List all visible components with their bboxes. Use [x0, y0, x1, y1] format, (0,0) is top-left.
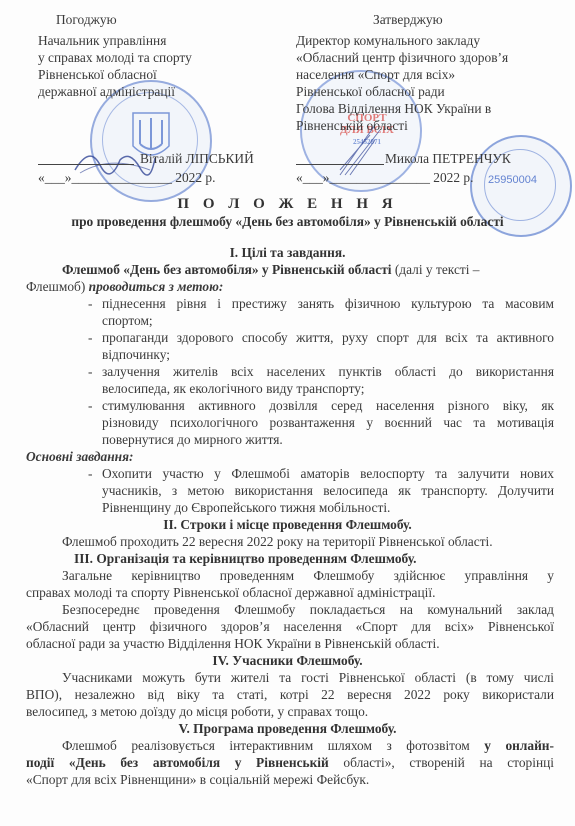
goal-item-cont: повернутися до мирного життя. [102, 432, 283, 448]
text: області», створеній на сторінці [329, 755, 554, 770]
approval-right-heading: Затверджую [373, 12, 443, 28]
intro-rest: (далі у тексті – [392, 262, 480, 277]
section-1-intro: Флешмоб «День без автомобіля» у Рівненсь… [62, 262, 559, 278]
section-5-line-1: Флешмоб реалізовується інтерактивним шля… [62, 738, 554, 754]
approval-left-line: Начальник управління [38, 33, 166, 49]
goal-item-cont: відпочинку; [102, 347, 170, 363]
goal-item-cont: спортом; [102, 313, 153, 329]
section-1-heading: І. Цілі та завдання. [0, 245, 575, 261]
goal-item-cont: різновиду психологічного розвантаження у… [102, 415, 554, 431]
document-subtitle: про проведення флешмобу «День без автомо… [0, 214, 575, 230]
section-3-p2: Безпосереднє проведення Флешмобу поклада… [62, 602, 554, 618]
bullet: - [88, 466, 92, 482]
signatory-left: Віталій ЛІПСЬКИЙ [140, 151, 254, 167]
signature-line [38, 164, 134, 165]
section-3-p2-cont: обласної ради за участю Відділення НОК У… [26, 636, 440, 652]
section-3-p1-cont: справах молоді та спорту Рівненської обл… [26, 585, 435, 601]
tasks-heading: Основні завдання: [26, 449, 133, 465]
section-3-heading: III. Організація та керівництво проведен… [74, 551, 416, 567]
signatory-right: Микола ПЕТРЕНЧУК [385, 151, 511, 167]
approval-left-line: Рівненської обласної [38, 67, 157, 83]
approval-left-line: державної адміністрації [38, 84, 175, 100]
bullet: - [88, 296, 92, 312]
goal-item: пропаганди здорового способу життя, руху… [102, 330, 554, 346]
section-5-line-3: «Спорт для всіх Рівненщини» в соціальній… [26, 772, 369, 788]
intro-goal-label: проводиться з метою: [89, 279, 224, 294]
date-line-right: «___»_______________ 2022 р. [296, 170, 473, 186]
intro-bold: Флешмоб «День без автомобіля» у Рівненсь… [62, 262, 392, 277]
stamp-code: 25950004 [488, 174, 537, 186]
bullet: - [88, 364, 92, 380]
section-5-line-2: події «День без автомобіля у Рівненській… [26, 755, 554, 771]
approval-left-line: у справах молоді та спорту [38, 50, 192, 66]
goal-item: залучення жителів всіх населених пунктів… [102, 364, 554, 380]
goal-item: стимулювання активного дозвілля серед на… [102, 398, 554, 414]
approval-right-line: Рівненській області [296, 118, 408, 134]
section-4-heading: IV. Учасники Флешмобу. [0, 653, 575, 669]
approval-right-line: «Обласний центр фізичного здоров’я [296, 50, 508, 66]
section-4-p: Учасниками можуть бути жителі та гості Р… [62, 670, 554, 686]
task-item-cont: Рівненщину до Європейського тижня мобіль… [102, 500, 390, 516]
task-item-cont: учасників, з метою використання велосипе… [102, 483, 554, 499]
section-4-p-cont: ВПО), незалежно від віку та статі, котрі… [26, 687, 554, 703]
document-title: П О Л О Ж Е Н Н Я [0, 196, 575, 212]
approval-right-line: Директор комунального закладу [296, 33, 480, 49]
section-2-heading: II. Строки і місце проведення Флешмобу. [0, 517, 575, 533]
intro-plain: Флешмоб) [26, 279, 89, 294]
section-3-p2-cont: «Обласний центр фізичного здоров’я насел… [26, 619, 554, 635]
section-3-p1: Загальне керівництво проведенням Флешмоб… [62, 568, 554, 584]
goal-item: піднесення рівня і престижу занять фізич… [102, 296, 554, 312]
approval-left-heading: Погоджую [56, 12, 117, 28]
text-bold: у онлайн- [484, 738, 554, 753]
bullet: - [88, 330, 92, 346]
approval-right-line: Рівненської обласної ради [296, 84, 445, 100]
date-line-left: «___»_______________ 2022 р. [38, 170, 215, 186]
text: Флешмоб реалізовується інтерактивним шля… [62, 738, 484, 753]
goal-item-cont: велосипеда, як екологічного виду транспо… [102, 381, 364, 397]
section-1-intro-2: Флешмоб) проводиться з метою: [26, 279, 223, 295]
approval-right-line: Голова Відділення НОК України в [296, 101, 491, 117]
task-item: Охопити участю у Флешмобі аматорів велос… [102, 466, 554, 482]
signature-line [296, 164, 384, 165]
section-5-heading: V. Програма проведення Флешмобу. [0, 721, 575, 737]
text-bold: події «День без автомобіля у Рівненській [26, 755, 329, 770]
approval-right-line: населення «Спорт для всіх» [296, 67, 455, 83]
section-2-text: Флешмоб проходить 22 вересня 2022 року н… [62, 534, 493, 550]
section-4-p-cont: велосипед, з метою доїзду до місця робот… [26, 704, 368, 720]
bullet: - [88, 398, 92, 414]
